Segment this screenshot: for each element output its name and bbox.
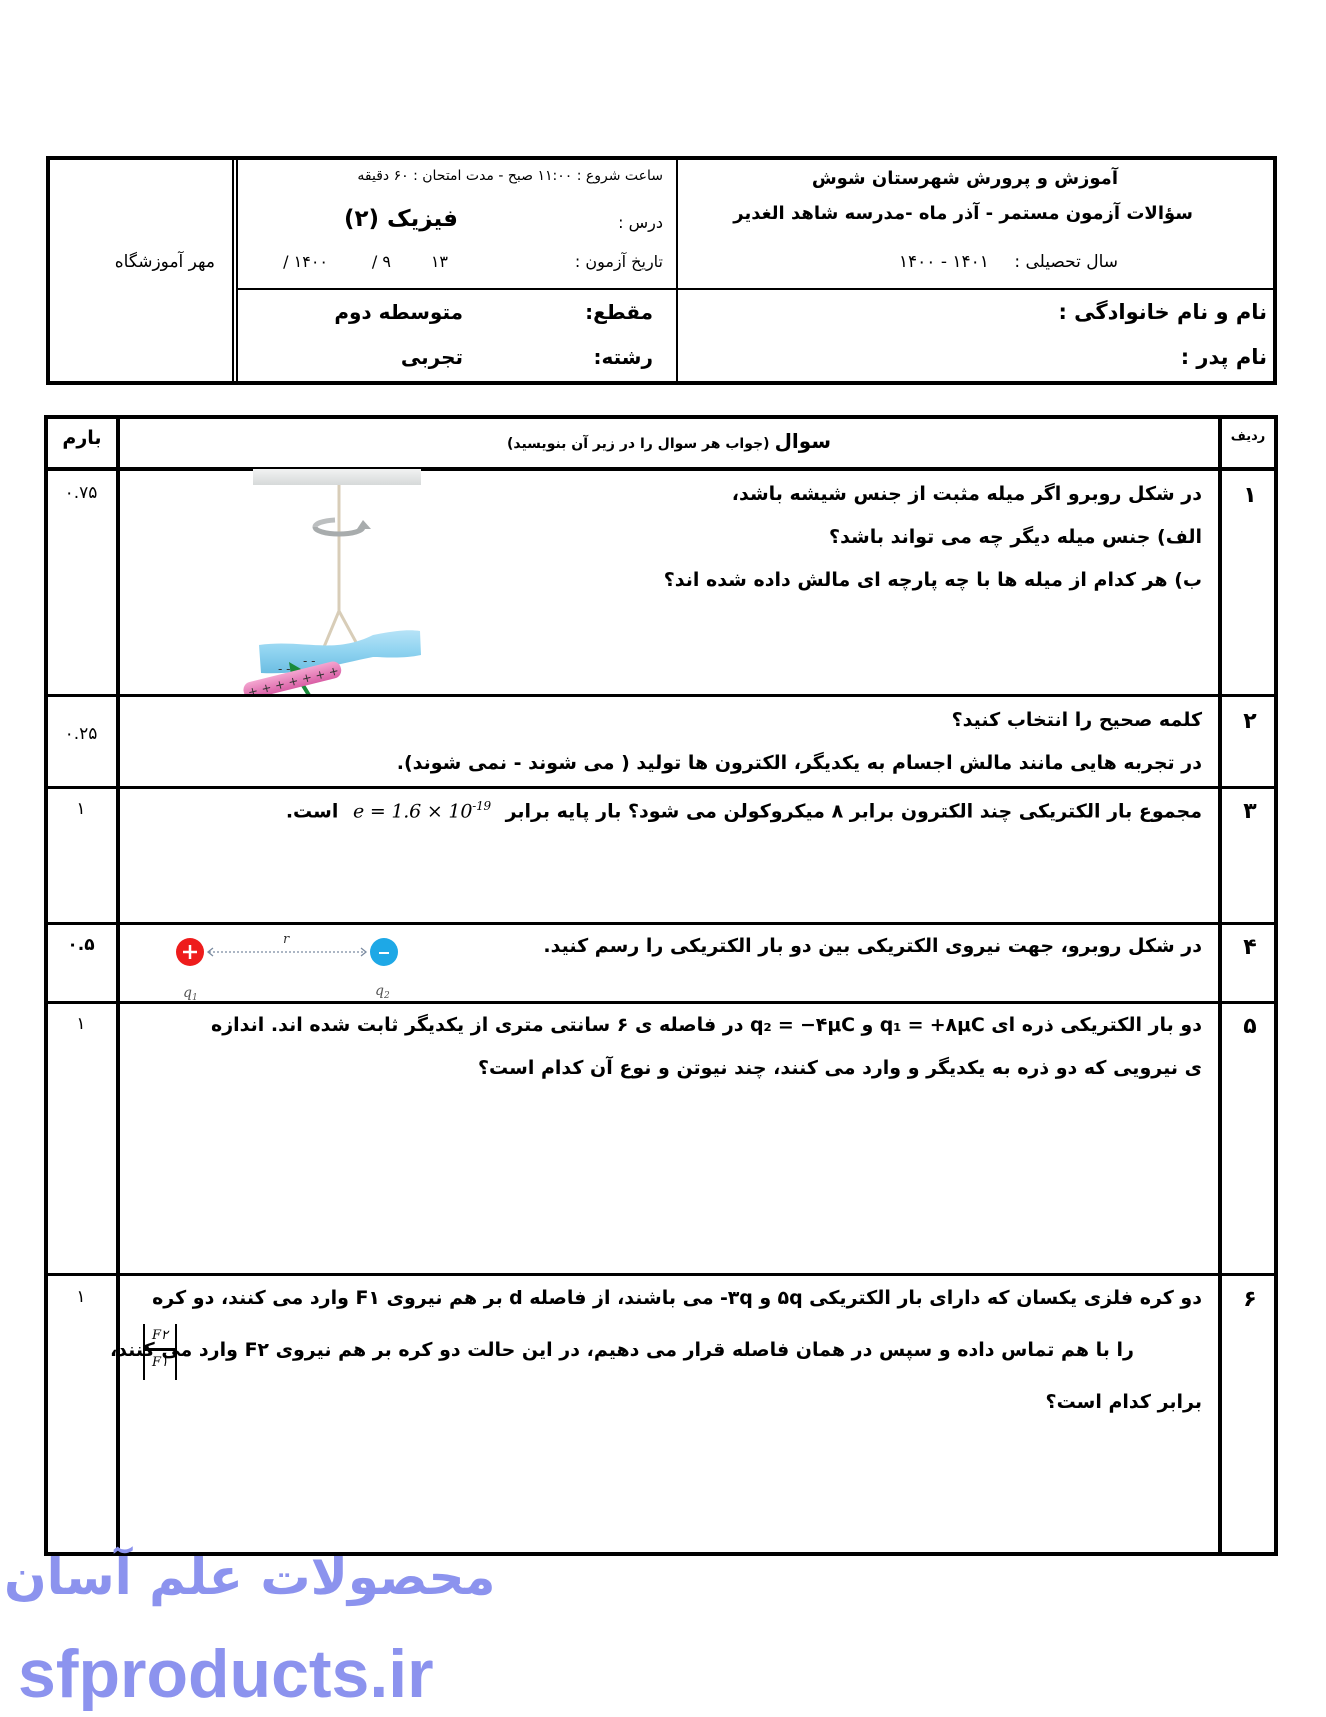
subject-label: درس : (618, 213, 663, 232)
question-5-line-2: ی نیرویی که دو ذره به یکدیگر و وارد می ک… (478, 1057, 1202, 1079)
question-score: ۰.۵ (48, 935, 114, 955)
question-3-tail: است. (286, 800, 339, 822)
year-label: سال تحصیلی : (1014, 252, 1118, 272)
question-6-line-3: برابر کدام است؟ (1046, 1391, 1202, 1413)
student-name-label: نام و نام خانوادگی : (1058, 300, 1267, 324)
divider (48, 786, 1274, 789)
question-number: ۵ (1222, 1014, 1278, 1039)
divider (116, 419, 120, 1552)
school-stamp-label: مهر آموزشگاه (115, 252, 215, 272)
question-number: ۳ (1222, 799, 1278, 824)
svg-text:q2: q2 (375, 983, 390, 1001)
question-number: ۲ (1222, 709, 1278, 734)
question-header-note: (جواب هر سوال را در زیر آن بنویسید) (507, 436, 770, 452)
question-number: ۱ (1222, 483, 1278, 508)
question-1-line-b: ب) هر کدام از میله ها با چه پارچه ای مال… (664, 569, 1202, 591)
field-label: رشته: (594, 345, 653, 369)
question-6-line-1: دو کره فلزی یکسان که دارای بار الکتریکی … (152, 1287, 1202, 1309)
divider (48, 694, 1274, 697)
svg-text:r: r (283, 932, 290, 947)
question-header-label: سوال (775, 429, 831, 453)
question-score: ۰.۲۵ (48, 724, 114, 744)
question-3-text: مجموع بار الکتریکی چند الکترون برابر ۸ م… (506, 800, 1202, 822)
question-2-line-1: کلمه صحیح را انتخاب کنید؟ (952, 709, 1202, 731)
exam-date-day: ۱۳ (431, 252, 448, 271)
divider (236, 160, 238, 381)
question-score: ۱ (48, 1287, 114, 1307)
exam-title: سؤالات آزمون مستمر - آذر ماه -مدرسه شاهد… (733, 203, 1193, 224)
divider (232, 160, 234, 381)
force-ratio-formula: F۲ F۱ (143, 1324, 177, 1380)
column-header-question: سوال (جواب هر سوال را در زیر آن بنویسید) (120, 429, 1218, 453)
two-charges-figure: r q1 q2 (173, 929, 403, 1001)
ratio-denominator: F۱ (145, 1351, 175, 1375)
school-year: سال تحصیلی : ۱۴۰۱ - ۱۴۰۰ (899, 252, 1118, 272)
ratio-numerator: F۲ (145, 1324, 175, 1351)
start-time-duration: ساعت شروع : ۱۱:۰۰ صبح - مدت امتحان : ۶۰ … (357, 168, 663, 184)
exam-date-year: ۱۴۰۰ / (283, 252, 328, 271)
question-4-line-1: در شکل روبرو، جهت نیروی الکتریکی بین دو … (543, 935, 1202, 957)
watermark-url: sfproducts.ir (18, 1635, 434, 1713)
question-2-line-2: در تجربه هایی مانند مالش اجسام به یکدیگر… (397, 752, 1202, 774)
svg-text:q1: q1 (183, 985, 198, 1001)
exam-date-label: تاریخ آزمون : (575, 252, 663, 271)
elementary-charge-formula: e = 1.6 × 10-19 (353, 799, 491, 822)
divider (1218, 419, 1222, 1552)
ceiling-icon (253, 469, 421, 485)
question-number: ۶ (1222, 1287, 1278, 1312)
column-header-score: بارم (48, 427, 116, 449)
question-1-line-1: در شکل روبرو اگر میله مثبت از جنس شیشه ب… (732, 483, 1202, 505)
watermark-persian: محصولات علم آسان (4, 1548, 495, 1606)
svg-text:- -: - - (303, 654, 315, 668)
exam-date-month: ۹ / (372, 252, 391, 271)
org-title: آموزش و پرورش شهرستان شوش (812, 168, 1118, 189)
field-value: تجربی (401, 345, 463, 369)
charged-rods-figure: - - - - + + + + + + + (223, 469, 463, 694)
question-score: ۰.۷۵ (48, 483, 114, 503)
subject-value: فیزیک (۲) (344, 206, 458, 232)
column-header-row: ردیف (1222, 429, 1274, 444)
divider (48, 922, 1274, 925)
grade-value: متوسطه دوم (334, 300, 463, 324)
question-score: ۱ (48, 1014, 114, 1034)
question-score: ۱ (48, 799, 114, 819)
questions-table: ردیف سوال (جواب هر سوال را در زیر آن بنو… (44, 415, 1278, 1556)
question-3-line-1: مجموع بار الکتریکی چند الکترون برابر ۸ م… (286, 799, 1202, 822)
question-5-line-1: دو بار الکتریکی ذره ای q₁ = +۸μC و q₂ = … (211, 1014, 1202, 1036)
divider (676, 160, 678, 381)
question-1-line-a: الف) جنس میله دیگر چه می تواند باشد؟ (829, 526, 1202, 548)
question-number: ۴ (1222, 935, 1278, 960)
father-name-label: نام پدر : (1181, 345, 1267, 369)
divider (48, 1001, 1274, 1004)
question-6-line-2: را با هم تماس داده و سپس در همان فاصله ق… (110, 1339, 1134, 1361)
divider (48, 1273, 1274, 1276)
exam-header-table: آموزش و پرورش شهرستان شوش سؤالات آزمون م… (46, 156, 1277, 385)
grade-label: مقطع: (585, 300, 653, 324)
year-value: ۱۴۰۱ - ۱۴۰۰ (899, 252, 989, 272)
divider (236, 288, 1273, 290)
